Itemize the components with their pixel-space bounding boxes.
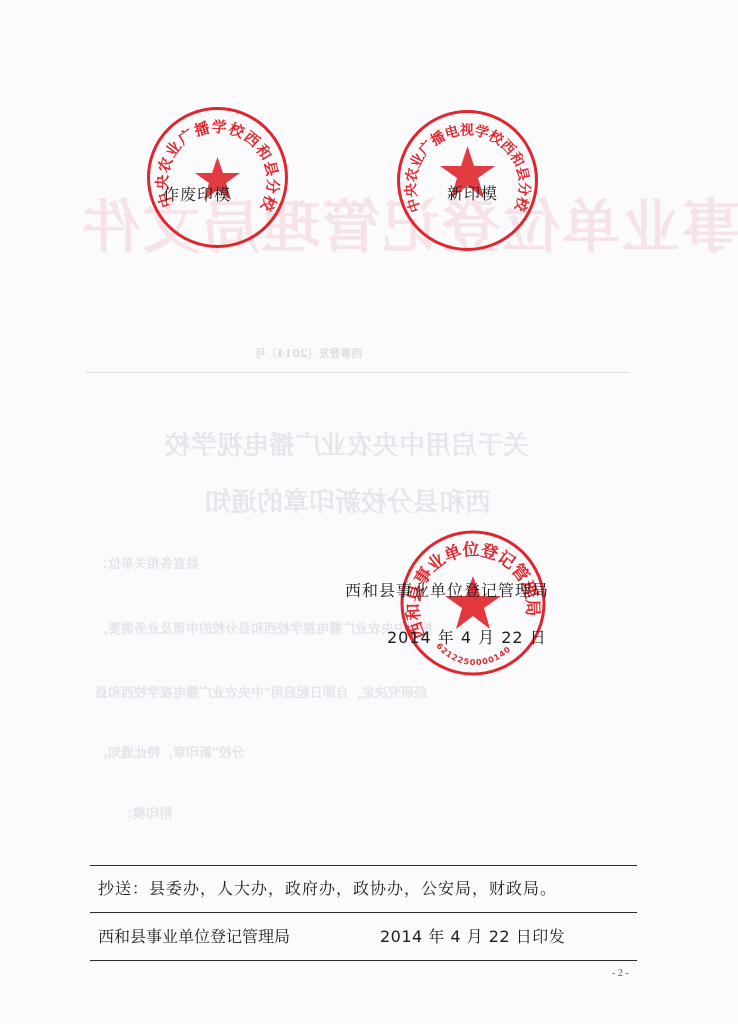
void-seal-caption: 作废印模 xyxy=(163,182,231,205)
void-seal-stamp: 中央农业广播学校西和县分校 xyxy=(145,105,290,250)
page-number: - 2 - xyxy=(612,968,629,979)
ghost-heading-line-1: 关于启用中央农业广播电视学校 xyxy=(165,425,529,462)
ghost-paragraph: 附印模： xyxy=(120,803,172,822)
issue-date: 2014 年 4 月 22 日印发 xyxy=(380,924,565,947)
new-seal-caption: 新印模 xyxy=(447,181,498,204)
footer-rule-bottom xyxy=(90,960,637,961)
ghost-paragraph: 经研究决定，自即日起启用"中央农业广播电视学校西和县 xyxy=(95,682,427,701)
ghost-heading-line-2: 西和县分校新印章的通知 xyxy=(205,482,491,519)
bureau-official-seal: 西和县事业单位登记管理局 6212250000140 xyxy=(398,528,548,678)
void-seal-icon: 中央农业广播学校西和县分校 xyxy=(145,105,290,250)
footer-rule-top xyxy=(90,865,637,866)
ghost-header-rule xyxy=(85,372,630,373)
footer-rule-middle xyxy=(90,912,637,913)
ghost-paragraph: 根据中央农业广播电视学校西和县分校的申请及业务需要， xyxy=(95,618,433,637)
signing-date: 2014 年 4 月 22 日 xyxy=(387,625,547,648)
ghost-document-number: 西事登发〔2014〕号 xyxy=(255,345,363,361)
official-seal-icon: 西和县事业单位登记管理局 6212250000140 xyxy=(398,528,548,678)
document-page: 西和县事业单位登记管理局文件 西事登发〔2014〕号 关于启用中央农业广播电视学… xyxy=(0,0,738,1024)
issuing-organization: 西和县事业单位登记管理局 xyxy=(98,924,290,947)
signing-organization: 西和县事业单位登记管理局 xyxy=(345,578,549,601)
cc-distribution-line: 抄送：县委办，人大办，政府办，政协办，公安局，财政局。 xyxy=(98,876,557,899)
ghost-paragraph: 分校"新印章，特此通知。 xyxy=(95,742,245,761)
ghost-paragraph: 县直各相关单位： xyxy=(95,553,199,572)
